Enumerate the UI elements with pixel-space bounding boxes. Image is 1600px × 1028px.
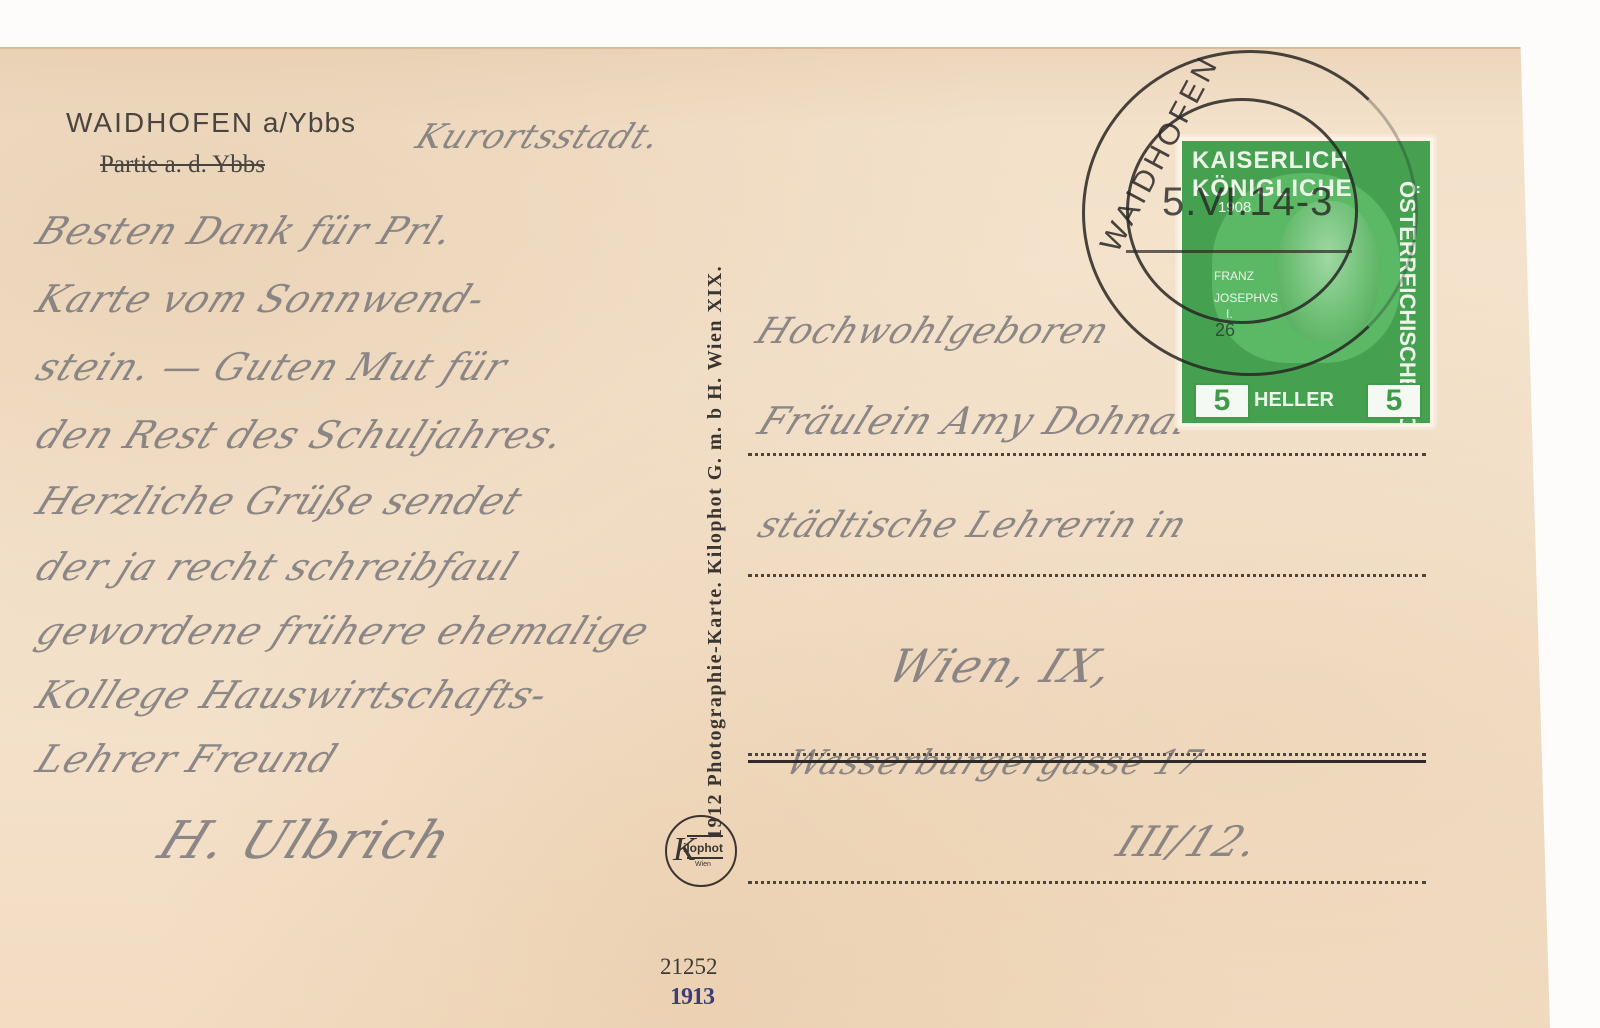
logo-bar <box>687 835 723 837</box>
message-line: gewordene frühere ehemalige <box>30 609 657 653</box>
signature: H. Ulbrich <box>150 811 460 871</box>
stamp-portrait-name: JOSEPHVS <box>1214 291 1278 305</box>
stamp-value-left: 5 <box>1194 383 1250 419</box>
message-line: Lehrer Freund <box>30 737 344 781</box>
address-salutation: Hochwohlgeboren <box>750 311 1116 352</box>
printer-imprint: 1912 Photographie-Karte. Kilophot G. m. … <box>704 99 744 839</box>
address-city: Wien, IX, <box>880 639 1124 693</box>
address-line-2 <box>748 574 1426 577</box>
stamp-text-right: ÖSTERREICHISCHE POST <box>1394 181 1420 203</box>
serial-number: 21252 <box>660 954 718 980</box>
message-line: Herzliche Grüße sendet <box>30 479 530 523</box>
year-stamp: 1913 <box>670 984 714 1011</box>
address-line-1 <box>748 453 1426 456</box>
stamp-face: KAISERLICH KÖNIGLICHE ÖSTERREICHISCHE PO… <box>1182 141 1430 423</box>
emperor-portrait-icon <box>1278 201 1378 341</box>
message-line: der ja recht schreibfaul <box>30 545 525 589</box>
message-line: stein. — Guten Mut für <box>30 345 514 389</box>
printed-subtitle-struck: Partie a. d. Ybbs <box>100 151 265 179</box>
address-apartment: III/12. <box>1110 817 1268 866</box>
logo-name: ilophot <box>683 841 723 855</box>
postage-stamp: KAISERLICH KÖNIGLICHE ÖSTERREICHISCHE PO… <box>1178 137 1434 427</box>
message-line: Karte vom Sonnwend- <box>30 277 493 321</box>
title-town: WAIDHOFEN <box>66 107 254 138</box>
stamp-year: 1908 <box>1218 199 1251 216</box>
address-line-4 <box>748 881 1426 884</box>
logo-bar <box>687 857 723 859</box>
logo-city: Wien <box>695 861 711 868</box>
address-title: städtische Lehrerin in <box>752 505 1194 546</box>
title-suffix: a/Ybbs <box>263 107 356 138</box>
kilophot-logo: K ilophot Wien <box>665 815 737 887</box>
message-line: Besten Dank für Prl. <box>30 209 461 253</box>
printed-title: WAIDHOFEN a/Ybbs <box>66 107 356 139</box>
stamp-value-right: 5 <box>1366 383 1422 419</box>
street-strike-through <box>748 760 1426 763</box>
message-line: den Rest des Schuljahres. <box>30 413 572 457</box>
message-line: Kollege Hauswirtschafts- <box>30 673 555 717</box>
address-street-struck: Wasserburgergasse 17 <box>780 743 1209 783</box>
stamp-portrait-name: FRANZ <box>1214 269 1254 283</box>
address-name: Fräulein Amy Dohnal <box>752 399 1198 443</box>
stamp-currency: HELLER <box>1254 389 1334 412</box>
handwritten-title-annotation: Kurortsstadt. <box>410 117 667 157</box>
imprint-text: 1912 Photographie-Karte. Kilophot G. m. … <box>704 265 727 839</box>
stamp-portrait-name: I. <box>1226 307 1233 321</box>
postcard: WAIDHOFEN a/Ybbs Kurortsstadt. Partie a.… <box>0 47 1550 1026</box>
